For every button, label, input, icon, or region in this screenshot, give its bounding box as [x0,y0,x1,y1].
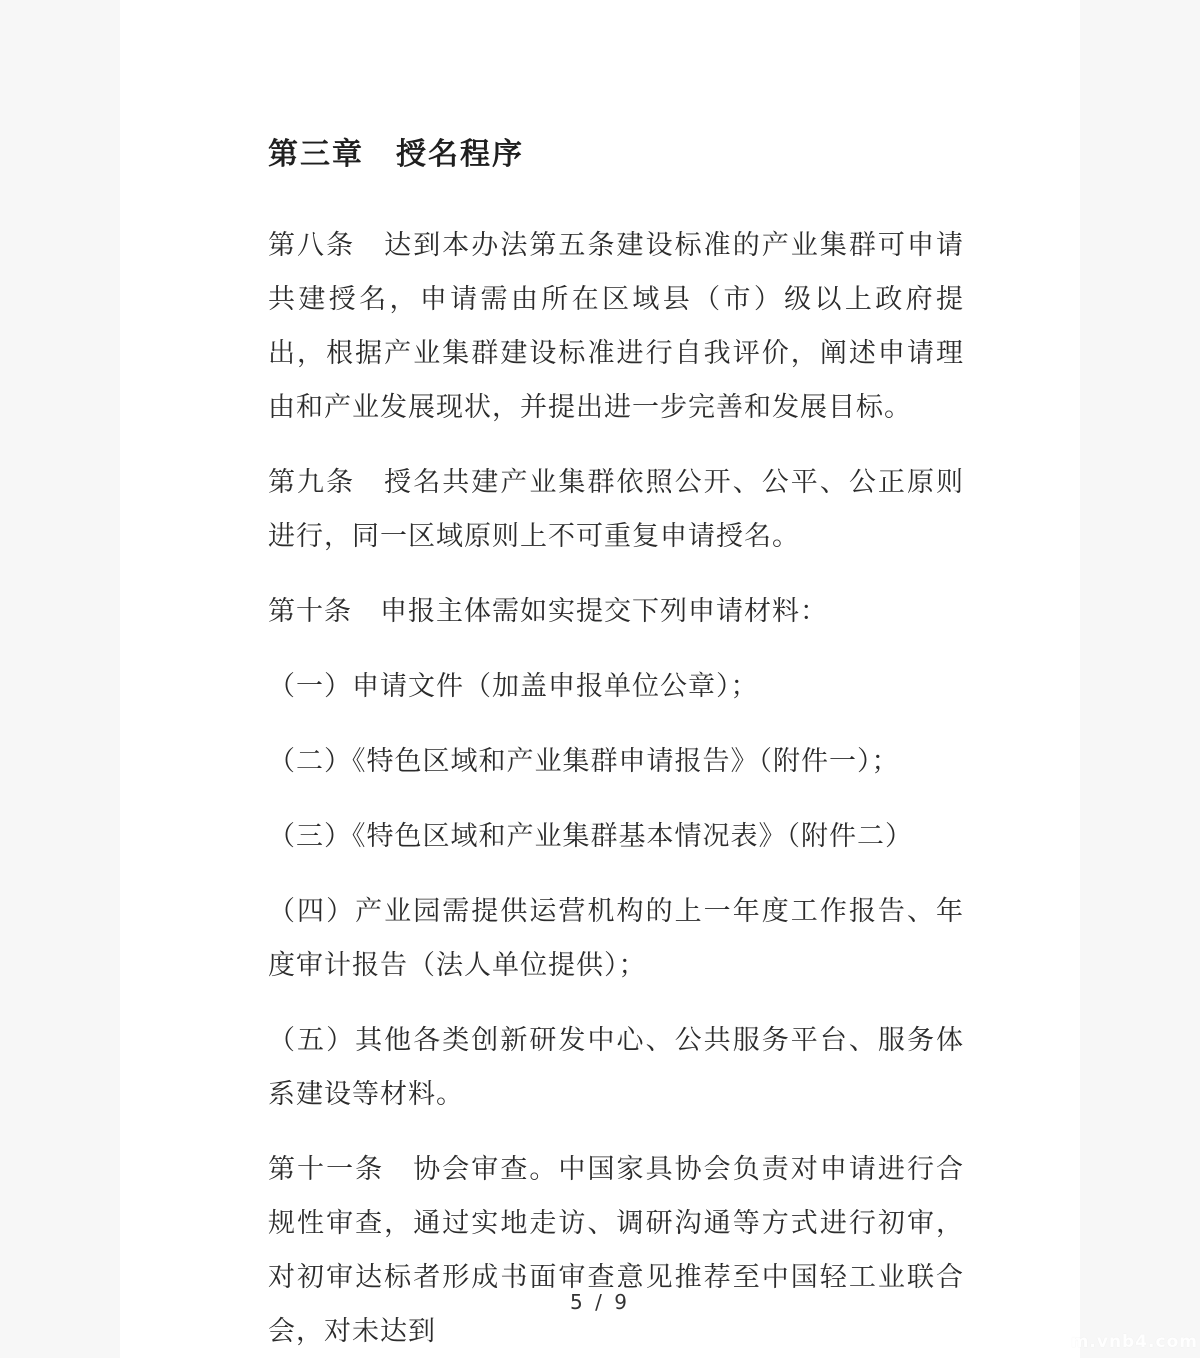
page-number-indicator: 5 / 9 [120,1290,1080,1314]
chapter-heading: 第三章 授名程序 [268,138,964,172]
list-item-5: （五）其他各类创新研发中心、公共服务平台、服务体系建设等材料。 [268,1013,964,1121]
list-item-2: （二）《特色区域和产业集群申请报告》（附件一）； [268,734,964,788]
paragraph-article-10: 第十条 申报主体需如实提交下列申请材料： [268,584,964,638]
page-content: 第三章 授名程序 第八条 达到本办法第五条建设标准的产业集群可申请共建授名，申请… [120,0,1080,1358]
list-item-4: （四）产业园需提供运营机构的上一年度工作报告、年度审计报告（法人单位提供）； [268,884,964,992]
document-page: 第三章 授名程序 第八条 达到本办法第五条建设标准的产业集群可申请共建授名，申请… [120,0,1080,1358]
paragraph-article-8: 第八条 达到本办法第五条建设标准的产业集群可申请共建授名，申请需由所在区域县（市… [268,218,964,434]
paragraph-article-11: 第十一条 协会审查。中国家具协会负责对申请进行合规性审查，通过实地走访、调研沟通… [268,1142,964,1358]
paragraph-article-9: 第九条 授名共建产业集群依照公开、公平、公正原则进行，同一区域原则上不可重复申请… [268,455,964,563]
document-viewer: 第三章 授名程序 第八条 达到本办法第五条建设标准的产业集群可申请共建授名，申请… [0,0,1200,1358]
site-watermark: m.vnb4.com [1071,1332,1198,1352]
list-item-1: （一）申请文件（加盖申报单位公章）； [268,659,964,713]
list-item-3: （三）《特色区域和产业集群基本情况表》（附件二） [268,809,964,863]
